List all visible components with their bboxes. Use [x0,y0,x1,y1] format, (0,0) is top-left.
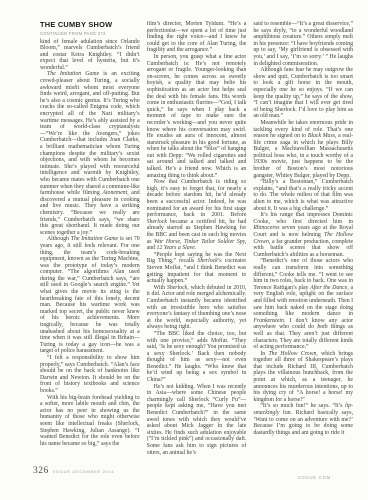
article-paragraph: With his big-brain forehead yielding to … [40,395,140,448]
body-text: , which brings together all three of Sha… [253,351,353,403]
italic-title-text: Frankenstein [253,318,284,324]
article-paragraph: He’s not kidding. When I was recently in… [147,384,247,457]
magazine-page: THE CUMBY SHOW CONTINUED FROM PAGE 272 k… [0,0,368,500]
italic-title-text: Rhinoceros [253,225,279,231]
body-text: He’s not kidding. When I was recently in… [147,384,247,456]
italic-title-text: Sherlock [167,285,187,291]
body-text: “The BBC liked the choice, too, but with… [147,331,247,383]
body-text: is set 70 years ago, it still feels rele… [40,236,140,354]
body-text: With [154,285,167,291]
body-text: “I felt a responsibility to show him pro… [40,355,140,394]
article-paragraph: Now that Cumberbatch is riding so high, … [147,179,247,252]
body-text: , and discovered a mutual pleasure in co… [40,190,140,236]
footer-site-label: VOGUE.COM [298,475,331,480]
italic-title-text: Sherlock [197,258,217,264]
article-paragraph: Meanwhile he takes enormous pride in tac… [253,120,353,179]
body-text: and [147,245,157,251]
article-column-1: THE CUMBY SHOW CONTINUED FROM PAGE 272 k… [40,21,140,467]
continued-from-note: CONTINUED FROM PAGE 272 [40,31,140,37]
article-paragraph: film’s director, Morten Tyldum. “He’s a … [147,21,247,54]
italic-title-text: War Horse, Tinker Tailor Soldier Spy, [154,239,246,245]
italic-title-text: The Imitation Game [71,236,118,242]
body-text: . [195,245,196,251]
italic-title-text: The Imitation Game [47,71,99,77]
body-text: “Billy’s a Bostonian,” Cumberbatch expla… [253,179,353,211]
page-number: 326 [33,466,49,476]
article-paragraph: Although The Imitation Game is set 70 ye… [40,236,140,355]
article-column-2: film’s director, Morten Tyldum. “He’s a … [147,21,247,467]
body-text: kind of female adulation since Orlando B… [40,39,140,71]
article-paragraph: In The Hollow Crown, which brings togeth… [253,351,353,404]
body-text: film’s director, Morten Tyldum. “He’s a … [147,21,247,53]
footer-magazine-label: VOGUE DECEMBER 2014 [53,469,115,474]
body-text: With his big-brain forehead yielding to … [40,395,140,447]
body-text: Although [47,236,71,242]
article-paragraph: In person, you grasp what a fine actor C… [147,54,247,179]
body-text: “It’s so much fun!” he says. “It’s [260,403,345,409]
body-text: is an exciting crowd-pleaser about Turin… [40,71,140,196]
article-column-3: said to resemble—“It’s a great disservic… [253,21,353,467]
article-paragraph: “Benedict’s one of those actors who real… [253,258,353,350]
body-text: In person, you grasp what a fine actor C… [147,54,247,179]
article-body: THE CUMBY SHOW CONTINUED FROM PAGE 272 k… [40,21,353,467]
article-paragraph: said to resemble—“It’s a great disservic… [253,21,353,67]
body-text: Now that Cumberbatch is riding so high, … [147,179,247,218]
article-paragraph: Although fans fear he may outgrow the sh… [253,67,353,120]
article-paragraph: “I felt a responsibility to show him pro… [40,355,140,395]
italic-title-text: 12 Years a Slave [157,245,195,251]
article-paragraph: “Billy’s a Bostonian,” Cumberbatch expla… [253,179,353,212]
footer-left: 326 VOGUE DECEMBER 2014 [33,466,114,476]
article-headline: THE CUMBY SHOW [40,21,140,30]
body-text: said to resemble—“It’s a great disservic… [253,21,353,67]
article-paragraph: It’s his range that impresses Dominic Co… [253,212,353,258]
body-text: , a real-life crime saga in which he pla… [253,133,353,179]
article-paragraph: With Sherlock, which debuted in 2010, it… [147,285,247,331]
body-text: , a far grander production, complete wit… [253,239,353,258]
article-paragraph: The Imitation Game is an exciting crowd-… [40,71,140,236]
italic-title-text: Atonement [102,190,127,196]
italic-title-text: The Hollow Crown [268,351,316,357]
article-paragraph: “The BBC liked the choice, too, but with… [147,331,247,384]
article-paragraph: “It’s so much fun!” he says. “It’s lip-s… [253,403,353,436]
italic-title-text: Black Mass [308,133,335,139]
italic-title-text: both [317,324,327,330]
article-paragraph: kind of female adulation since Orlando B… [40,39,140,72]
body-text: Although fans fear he may outgrow the sh… [253,67,353,119]
italic-title-text: After the Dance [310,285,347,291]
article-paragraph: “People kept saying he was the Next Big … [147,252,247,285]
body-text: It’s his range that impresses Dominic Co… [253,212,353,225]
italic-title-text: Sherlock [147,219,167,225]
body-text: , which debuted in 2010, it did. Actor a… [147,285,247,331]
